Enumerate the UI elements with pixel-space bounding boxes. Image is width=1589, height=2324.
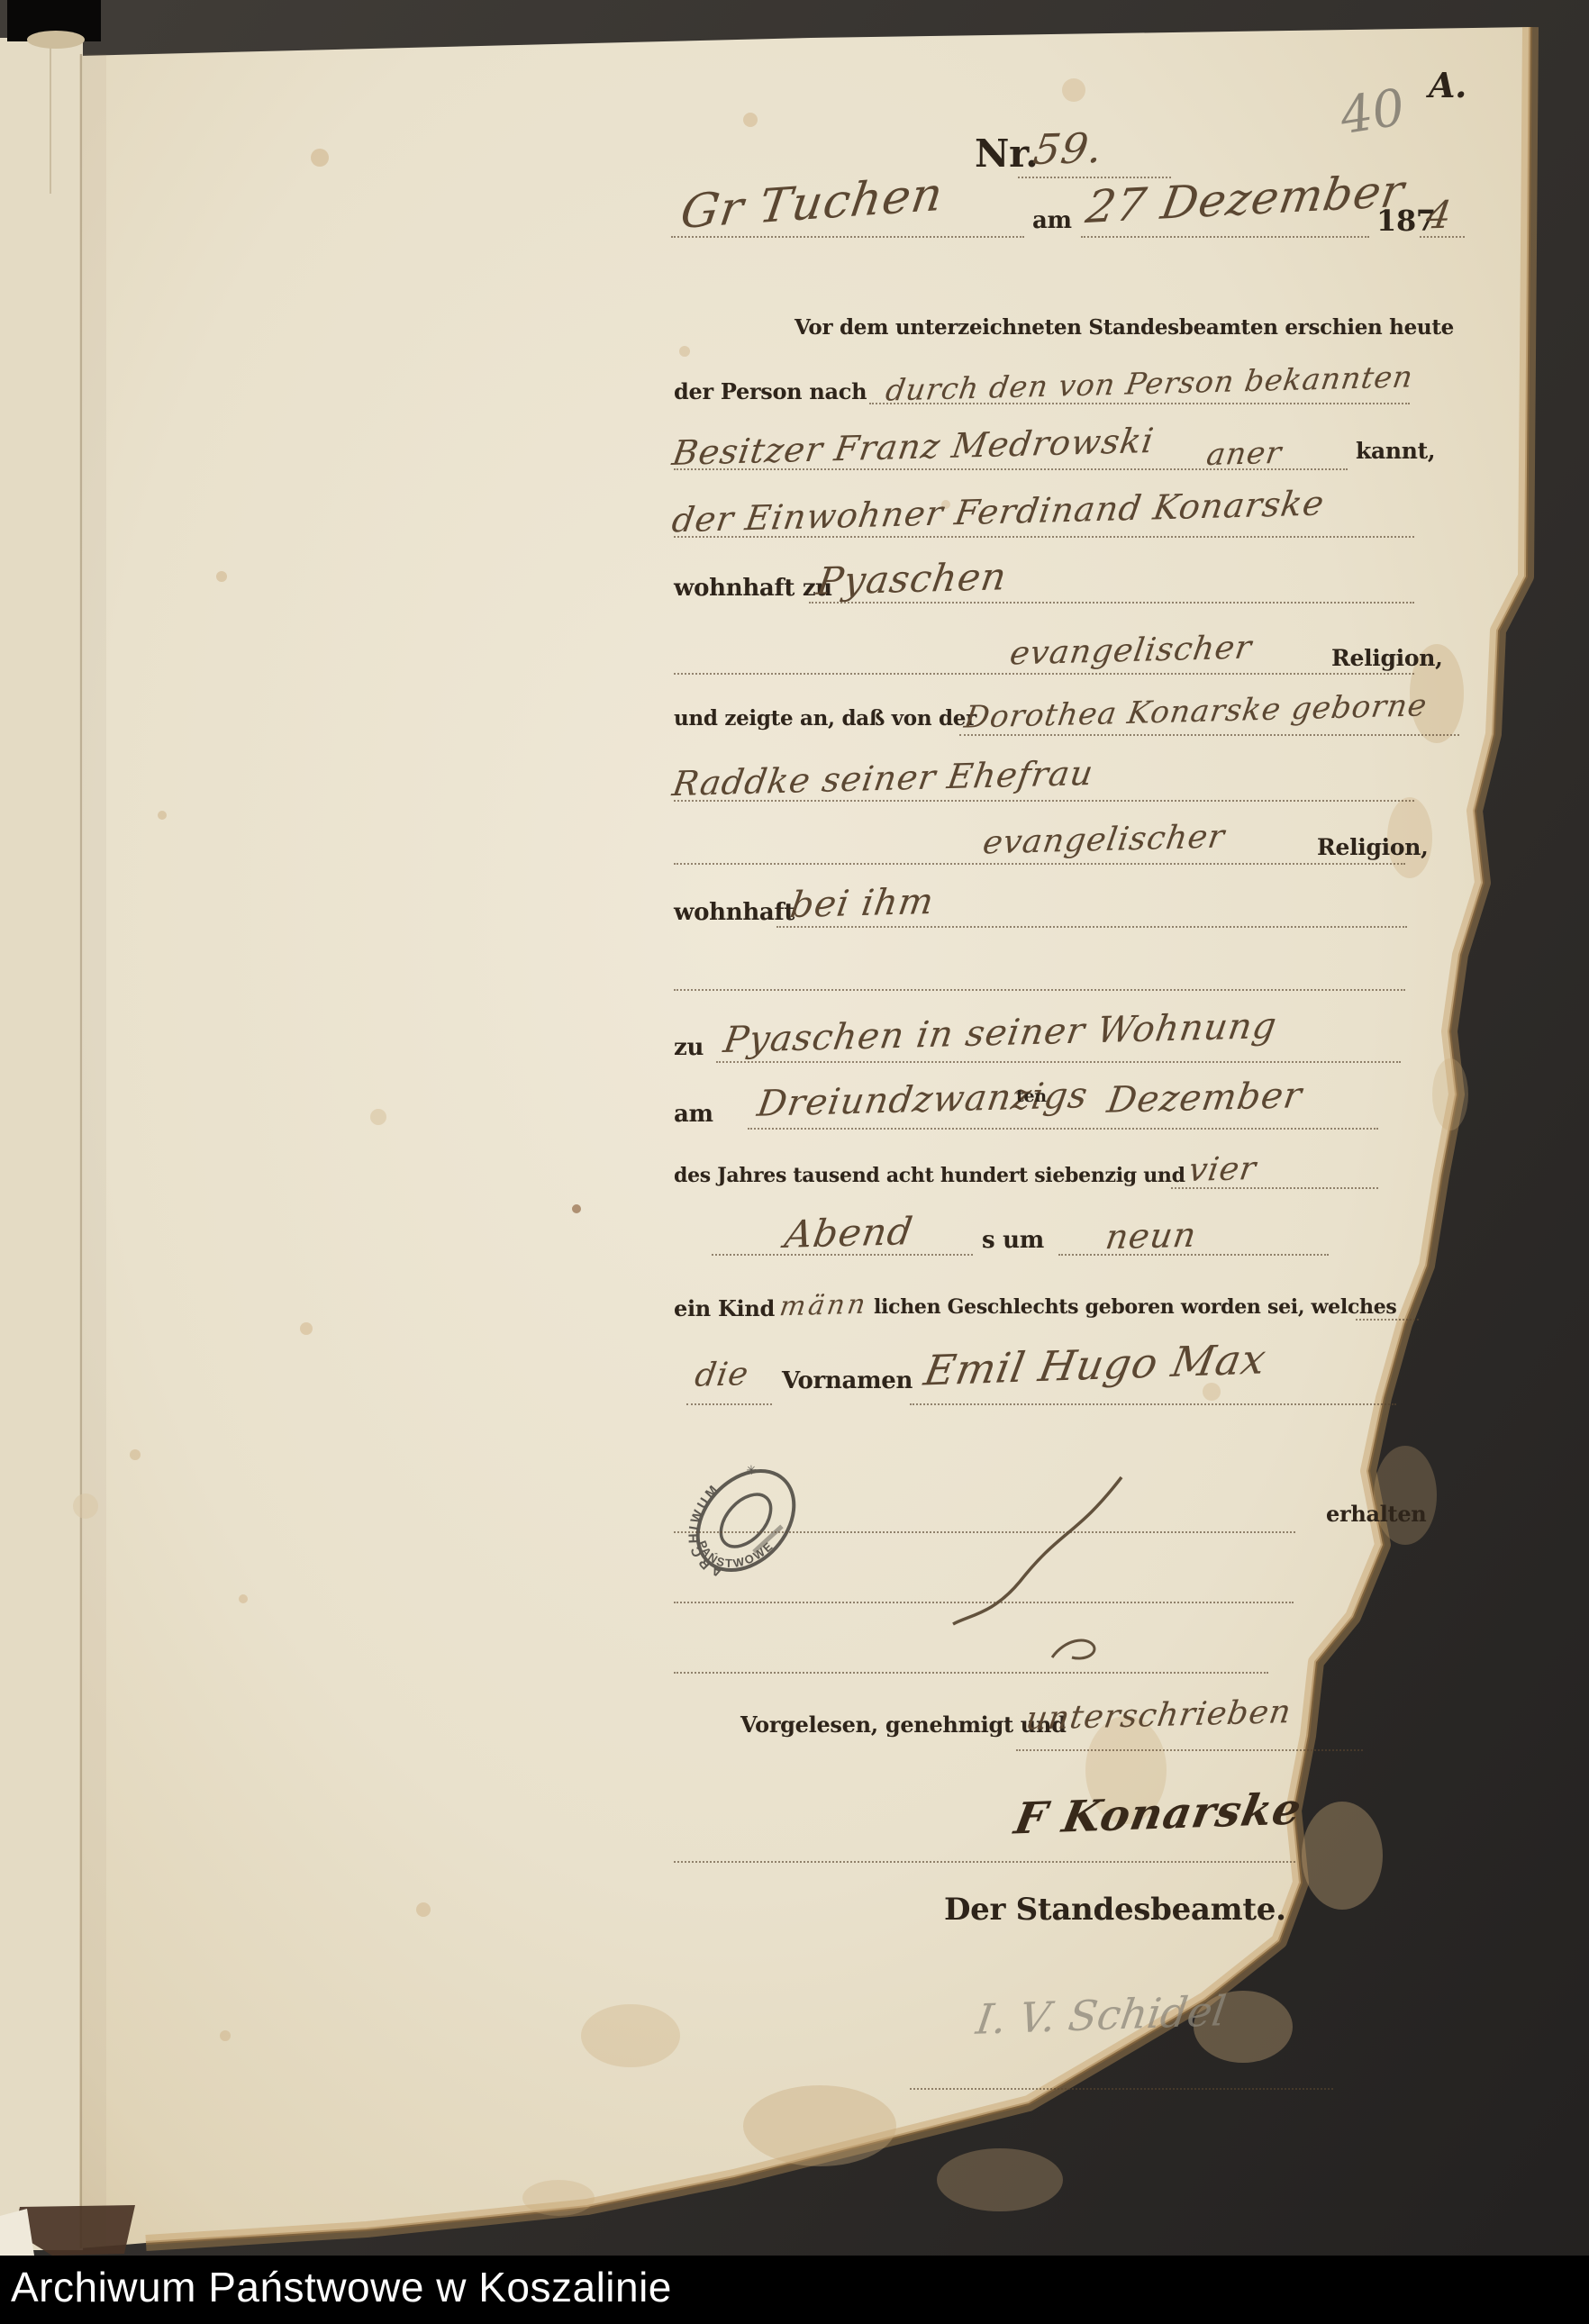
rule-read <box>1016 1749 1363 1751</box>
registrar-label: Der Standesbeamte. <box>944 1892 1286 1928</box>
time-label: s um <box>982 1227 1044 1254</box>
birthplace-label: zu <box>674 1034 704 1061</box>
registrar-signature: I. V. Schidel <box>973 1986 1229 2044</box>
religion1-value: evangelischer <box>1007 630 1254 673</box>
religion1-suffix: Religion, <box>1331 645 1443 671</box>
pencil-page-number: 40 <box>1336 78 1409 146</box>
residence-value: Pyaschen <box>814 554 1010 603</box>
rule-blank1 <box>674 989 1405 991</box>
rule-religion2 <box>674 863 1405 865</box>
rule-religion1 <box>674 673 1414 675</box>
rule-signature <box>674 1861 1295 1863</box>
scan-background: ARCHIWUM PAŃSTWOWE ✳ <box>0 0 1589 2324</box>
nr-label: Nr. <box>975 132 1038 176</box>
form-letter: A. <box>1429 65 1466 105</box>
child-label2: lichen Geschlechts geboren worden sei, w… <box>874 1295 1397 1319</box>
time-value2: neun <box>1103 1215 1199 1257</box>
scanned-registry-page: ARCHIWUM PAŃSTWOWE ✳ Nr. 59. 40 A. Gr Tu… <box>0 0 1589 2324</box>
residence2-label: wohnhaft <box>674 899 794 926</box>
rule-residence2 <box>776 926 1407 928</box>
rule-blank3 <box>674 1672 1268 1674</box>
read-label: Vorgelesen, genehmigt und <box>740 1711 1067 1738</box>
child-label1: ein Kind <box>674 1295 775 1321</box>
rule-names <box>910 1403 1396 1405</box>
read-value: unterschrieben <box>1023 1693 1294 1738</box>
am-label: am <box>1032 207 1072 234</box>
rule-blank2 <box>674 1602 1294 1603</box>
archive-name: Archiwum Państwowe w Koszalinie <box>11 2263 672 2311</box>
underlying-page-strip <box>0 38 83 2250</box>
received-label: erhalten <box>1326 1501 1426 1527</box>
informant-signature: F Konarske <box>1011 1784 1306 1845</box>
names-label: Vornamen <box>782 1367 913 1394</box>
rule-registrar-signature <box>910 2088 1333 2090</box>
rule-mother <box>959 734 1459 736</box>
child-value: männ <box>777 1289 870 1323</box>
rule-die <box>686 1403 772 1405</box>
birthday-value2: Dezember <box>1104 1075 1305 1121</box>
archive-footer-bar: Archiwum Państwowe w Koszalinie <box>0 2256 1589 2324</box>
religion2-value: evangelischer <box>980 819 1227 862</box>
rule-child <box>1356 1319 1419 1321</box>
rule-date <box>1081 236 1369 238</box>
year-value: vier <box>1186 1150 1259 1189</box>
person-label: der Person nach <box>674 378 867 404</box>
residence2-value: bei ihm <box>787 881 937 926</box>
intro-line: Vor dem unterzeichneten Standesbeamten e… <box>794 315 1454 340</box>
witness-suffix: kannt, <box>1356 438 1435 464</box>
witness-value2: aner <box>1204 435 1285 473</box>
residence-label: wohnhaft zu <box>674 575 832 602</box>
birthday-label: am <box>674 1101 713 1128</box>
religion2-suffix: Religion, <box>1317 834 1429 860</box>
rule-received <box>674 1531 1295 1533</box>
rule-birthday <box>748 1128 1378 1130</box>
rule-residence <box>809 602 1414 604</box>
nr-value: 59. <box>1031 123 1107 174</box>
rule-birthplace <box>716 1061 1401 1063</box>
names-value1: die <box>693 1356 751 1394</box>
rule-time2 <box>1058 1254 1329 1256</box>
time-value: Abend <box>782 1209 916 1257</box>
year-label: des Jahres tausend acht hundert siebenzi… <box>674 1164 1185 1187</box>
mother-label: und zeigte an, daß von der <box>674 706 976 731</box>
birthday-suffix: ten <box>1016 1086 1047 1106</box>
